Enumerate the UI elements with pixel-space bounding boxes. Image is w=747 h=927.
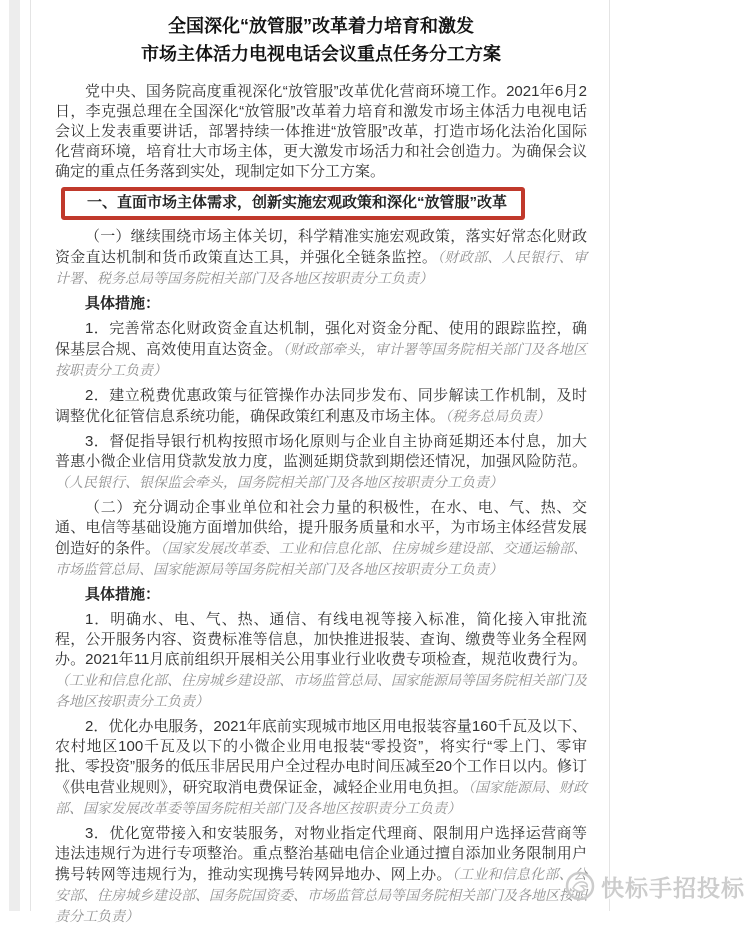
document-title: 全国深化“放管服”改革着力培育和激发 市场主体活力电视电话会议重点任务分工方案	[55, 12, 587, 68]
department-attribution: （人民银行、银保监会牵头，国务院相关部门及各地区按职责分工负责）	[55, 474, 503, 490]
watermark-logo-icon	[563, 869, 597, 903]
paragraph-item-2: （二）充分调动企事业单位和社会力量的积极性，在水、电、气、热、交通、电信等基础设…	[55, 498, 587, 580]
paragraph-item-1: （一）继续围绕市场主体关切，科学精准实施宏观政策，落实好常态化财政资金直达机制和…	[55, 227, 587, 289]
watermark: 快标手招投标	[563, 869, 745, 903]
document-page: 全国深化“放管服”改革着力培育和激发 市场主体活力电视电话会议重点任务分工方案 …	[30, 0, 610, 911]
department-attribution: （税务总局负责）	[445, 408, 550, 424]
page-edge-strip	[9, 0, 20, 911]
measures-label: 具体措施：	[55, 294, 587, 314]
paragraph-text: 1．明确水、电、气、热、通信、有线电视等接入标准，简化接入审批流程，公开服务内容…	[55, 611, 587, 668]
document-title-line1: 全国深化“放管服”改革着力培育和激发	[55, 12, 587, 40]
measure-item: 2．建立税费优惠政策与征管操作办法同步发布、同步解读工作机制，及时调整优化征管信…	[55, 386, 587, 427]
measure-item: 3．督促指导银行机构按照市场化原则与企业自主协商延期还本付息，加大普惠小微企业信…	[55, 432, 587, 493]
watermark-text: 快标手招投标	[601, 870, 745, 903]
highlighted-section-heading: 一、直面市场主体需求，创新实施宏观政策和深化“放管服”改革	[61, 187, 525, 220]
measure-item: 3．优化宽带接入和安装服务，对物业指定代理商、限制用户选择运营商等违法违规行为进…	[55, 824, 587, 911]
department-attribution: （工业和信息化部、住房城乡建设部、市场监管总局、国家能源局等国务院相关部门及各地…	[55, 672, 587, 709]
measure-item: 1．明确水、电、气、热、通信、有线电视等接入标准，简化接入审批流程，公开服务内容…	[55, 610, 587, 712]
measures-label: 具体措施：	[55, 585, 587, 605]
paragraph-text: 党中央、国务院高度重视深化“放管服”改革优化营商环境工作。2021年6月2日，李…	[55, 83, 587, 180]
paragraph-text: 3．督促指导银行机构按照市场化原则与企业自主协商延期还本付息，加大普惠小微企业信…	[55, 433, 587, 470]
highlighted-section-line: 一、直面市场主体需求，创新实施宏观政策和深化“放管服”改革	[61, 187, 587, 220]
measure-item: 1．完善常态化财政资金直达机制，强化对资金分配、使用的跟踪监控，确保基层合规、高…	[55, 319, 587, 381]
intro-paragraph: 党中央、国务院高度重视深化“放管服”改革优化营商环境工作。2021年6月2日，李…	[55, 82, 587, 182]
document-title-line2: 市场主体活力电视电话会议重点任务分工方案	[55, 40, 587, 68]
measure-item: 2．优化办电服务，2021年底前实现城市地区用电报装容量160千瓦及以下、农村地…	[55, 717, 587, 819]
